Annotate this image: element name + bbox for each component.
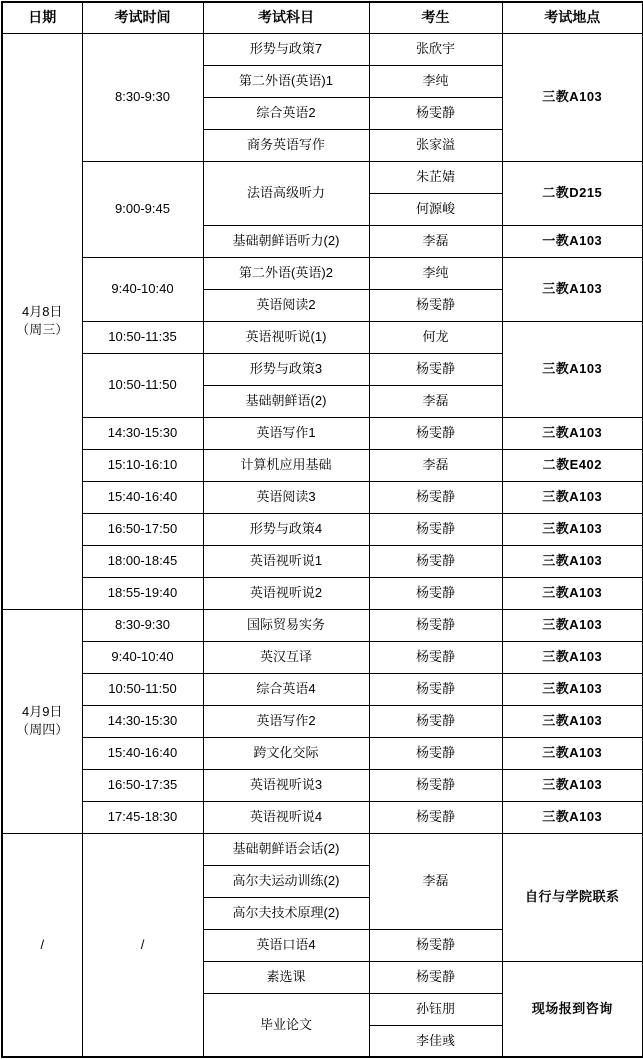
table-cell: 李纯 <box>369 257 502 289</box>
table-cell: 杨雯静 <box>369 353 502 385</box>
table-cell: 9:40-10:40 <box>82 641 203 673</box>
table-cell: 三教A103 <box>502 673 643 705</box>
table-cell: 跨文化交际 <box>203 737 369 769</box>
table-cell: 商务英语写作 <box>203 129 369 161</box>
table-cell: 素选课 <box>203 961 369 993</box>
table-cell: 17:45-18:30 <box>82 801 203 833</box>
table-cell: 三教A103 <box>502 705 643 737</box>
table-cell: 三教A103 <box>502 609 643 641</box>
table-cell: 杨雯静 <box>369 641 502 673</box>
table-cell: 第二外语(英语)2 <box>203 257 369 289</box>
table-row: 16:50-17:35英语视听说3杨雯静三教A103 <box>2 769 643 801</box>
table-cell: 英语视听说2 <box>203 577 369 609</box>
table-cell: 李磊 <box>369 833 502 929</box>
table-row: 14:30-15:30英语写作1杨雯静三教A103 <box>2 417 643 449</box>
table-row: 15:40-16:40跨文化交际杨雯静三教A103 <box>2 737 643 769</box>
table-cell: 三教A103 <box>502 513 643 545</box>
schedule-table: 日期考试时间考试科目考生考试地点 4月8日 （周三）8:30-9:30形势与政策… <box>1 1 643 1058</box>
table-cell: 9:40-10:40 <box>82 257 203 321</box>
table-row: //基础朝鲜语会话(2)李磊自行与学院联系 <box>2 833 643 865</box>
table-cell: 15:10-16:10 <box>82 449 203 481</box>
table-cell: 基础朝鲜语会话(2) <box>203 833 369 865</box>
table-cell: 朱芷婧 <box>369 161 502 193</box>
table-cell: 自行与学院联系 <box>502 833 643 961</box>
table-cell: 英语阅读2 <box>203 289 369 321</box>
table-cell: 英语视听说(1) <box>203 321 369 353</box>
table-row: 9:00-9:45法语高级听力朱芷婧二教D215 <box>2 161 643 193</box>
table-row: 4月8日 （周三）8:30-9:30形势与政策7张欣宇三教A103 <box>2 33 643 65</box>
table-cell: 杨雯静 <box>369 673 502 705</box>
table-cell: 形势与政策7 <box>203 33 369 65</box>
table-cell: 英语写作1 <box>203 417 369 449</box>
table-cell: 9:00-9:45 <box>82 161 203 257</box>
table-cell: 英语口语4 <box>203 929 369 961</box>
table-cell: 杨雯静 <box>369 769 502 801</box>
table-cell: 8:30-9:30 <box>82 609 203 641</box>
table-cell: 三教A103 <box>502 769 643 801</box>
table-cell: 高尔夫技术原理(2) <box>203 897 369 929</box>
table-cell: 何源峻 <box>369 193 502 225</box>
table-cell: 基础朝鲜语(2) <box>203 385 369 417</box>
table-cell: 14:30-15:30 <box>82 705 203 737</box>
table-row: 4月9日 （周四）8:30-9:30国际贸易实务杨雯静三教A103 <box>2 609 643 641</box>
table-row: 17:45-18:30英语视听说4杨雯静三教A103 <box>2 801 643 833</box>
header-cell-2: 考试科目 <box>203 2 369 33</box>
table-row: 9:40-10:40英汉互译杨雯静三教A103 <box>2 641 643 673</box>
table-cell: 18:55-19:40 <box>82 577 203 609</box>
table-cell: 二教E402 <box>502 449 643 481</box>
table-cell: 孙钰朋 <box>369 993 502 1025</box>
header-cell-1: 考试时间 <box>82 2 203 33</box>
table-cell: 李纯 <box>369 65 502 97</box>
table-cell: 法语高级听力 <box>203 161 369 225</box>
table-row: 15:10-16:10计算机应用基础李磊二教E402 <box>2 449 643 481</box>
table-cell: 李磊 <box>369 449 502 481</box>
table-cell: 10:50-11:35 <box>82 321 203 353</box>
table-body: 4月8日 （周三）8:30-9:30形势与政策7张欣宇三教A103第二外语(英语… <box>2 33 643 1057</box>
table-cell: 二教D215 <box>502 161 643 225</box>
table-cell: 现场报到咨询 <box>502 961 643 1057</box>
header-cell-0: 日期 <box>2 2 82 33</box>
table-cell: 4月8日 （周三） <box>2 33 82 609</box>
table-cell: 杨雯静 <box>369 481 502 513</box>
table-cell: 三教A103 <box>502 257 643 321</box>
table-cell: 杨雯静 <box>369 961 502 993</box>
table-row: 15:40-16:40英语阅读3杨雯静三教A103 <box>2 481 643 513</box>
table-cell: 李佳彧 <box>369 1025 502 1057</box>
table-cell: 16:50-17:35 <box>82 769 203 801</box>
table-cell: 李磊 <box>369 385 502 417</box>
table-cell: 形势与政策4 <box>203 513 369 545</box>
table-cell: 8:30-9:30 <box>82 33 203 161</box>
table-cell: 何龙 <box>369 321 502 353</box>
header-row: 日期考试时间考试科目考生考试地点 <box>2 2 643 33</box>
table-cell: 三教A103 <box>502 321 643 417</box>
table-row: 18:00-18:45英语视听说1杨雯静三教A103 <box>2 545 643 577</box>
table-cell: 一教A103 <box>502 225 643 257</box>
table-cell: 14:30-15:30 <box>82 417 203 449</box>
table-cell: 杨雯静 <box>369 97 502 129</box>
table-cell: 10:50-11:50 <box>82 673 203 705</box>
table-cell: 15:40-16:40 <box>82 481 203 513</box>
table-cell: 毕业论文 <box>203 993 369 1057</box>
header-cell-4: 考试地点 <box>502 2 643 33</box>
table-cell: 国际贸易实务 <box>203 609 369 641</box>
table-cell: 杨雯静 <box>369 801 502 833</box>
table-cell: 杨雯静 <box>369 705 502 737</box>
table-cell: 15:40-16:40 <box>82 737 203 769</box>
table-cell: 综合英语2 <box>203 97 369 129</box>
table-cell: 李磊 <box>369 225 502 257</box>
table-cell: / <box>82 833 203 1057</box>
table-cell: 三教A103 <box>502 417 643 449</box>
table-cell: 英语写作2 <box>203 705 369 737</box>
table-cell: 杨雯静 <box>369 929 502 961</box>
table-cell: 张家溢 <box>369 129 502 161</box>
table-row: 14:30-15:30英语写作2杨雯静三教A103 <box>2 705 643 737</box>
table-cell: 10:50-11:50 <box>82 353 203 417</box>
table-cell: 英语阅读3 <box>203 481 369 513</box>
table-cell: 高尔夫运动训练(2) <box>203 865 369 897</box>
header-cell-3: 考生 <box>369 2 502 33</box>
table-cell: 三教A103 <box>502 481 643 513</box>
table-header: 日期考试时间考试科目考生考试地点 <box>2 2 643 33</box>
table-cell: 三教A103 <box>502 33 643 161</box>
table-cell: 英语视听说1 <box>203 545 369 577</box>
table-cell: 张欣宇 <box>369 33 502 65</box>
table-cell: 形势与政策3 <box>203 353 369 385</box>
table-cell: 杨雯静 <box>369 609 502 641</box>
table-cell: 18:00-18:45 <box>82 545 203 577</box>
table-cell: 基础朝鲜语听力(2) <box>203 225 369 257</box>
table-cell: 杨雯静 <box>369 417 502 449</box>
table-row: 10:50-11:35英语视听说(1)何龙三教A103 <box>2 321 643 353</box>
exam-schedule-container: 日期考试时间考试科目考生考试地点 4月8日 （周三）8:30-9:30形势与政策… <box>0 0 643 1059</box>
table-cell: 英语视听说4 <box>203 801 369 833</box>
table-cell: 英语视听说3 <box>203 769 369 801</box>
table-cell: 三教A103 <box>502 641 643 673</box>
table-cell: 综合英语4 <box>203 673 369 705</box>
table-cell: 4月9日 （周四） <box>2 609 82 833</box>
table-cell: 第二外语(英语)1 <box>203 65 369 97</box>
table-cell: 杨雯静 <box>369 577 502 609</box>
table-cell: 杨雯静 <box>369 289 502 321</box>
table-row: 10:50-11:50综合英语4杨雯静三教A103 <box>2 673 643 705</box>
table-cell: 三教A103 <box>502 577 643 609</box>
table-cell: 杨雯静 <box>369 737 502 769</box>
table-row: 9:40-10:40第二外语(英语)2李纯三教A103 <box>2 257 643 289</box>
table-cell: 三教A103 <box>502 737 643 769</box>
table-row: 16:50-17:50形势与政策4杨雯静三教A103 <box>2 513 643 545</box>
table-cell: / <box>2 833 82 1057</box>
table-cell: 杨雯静 <box>369 513 502 545</box>
table-cell: 三教A103 <box>502 801 643 833</box>
table-cell: 16:50-17:50 <box>82 513 203 545</box>
table-cell: 计算机应用基础 <box>203 449 369 481</box>
table-cell: 英汉互译 <box>203 641 369 673</box>
table-row: 18:55-19:40英语视听说2杨雯静三教A103 <box>2 577 643 609</box>
table-cell: 杨雯静 <box>369 545 502 577</box>
table-cell: 三教A103 <box>502 545 643 577</box>
